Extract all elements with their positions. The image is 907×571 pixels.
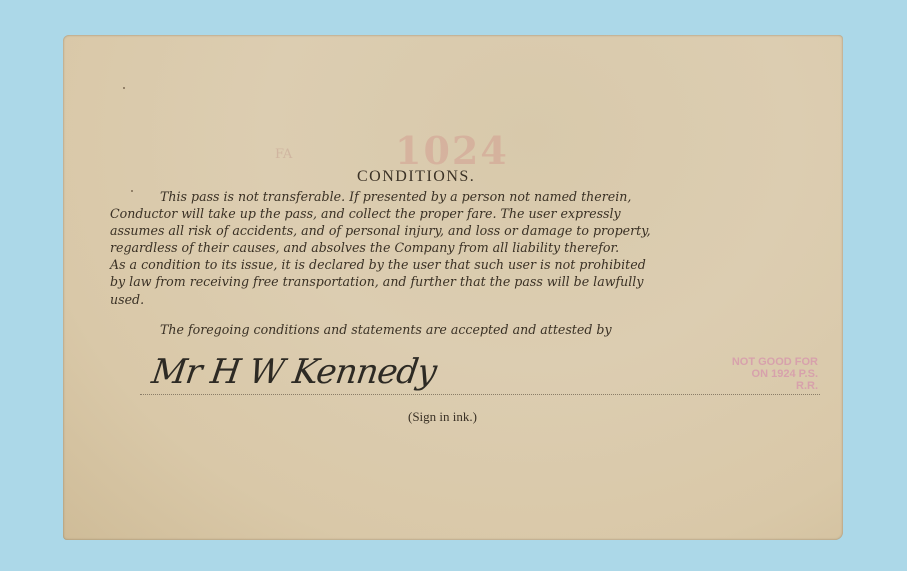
attestation-text: The foregoing conditions and statements …	[160, 322, 612, 337]
handwritten-signature: Mr H W Kennedy	[149, 352, 438, 392]
condition-line: regardless of their causes, and absolves…	[110, 239, 810, 256]
bleed-through-mark: FA	[275, 147, 292, 162]
condition-line: used.	[110, 291, 810, 308]
condition-line: assumes all risk of accidents, and of pe…	[110, 222, 810, 239]
paper-speck	[123, 87, 125, 89]
conditions-title: CONDITIONS.	[357, 168, 475, 186]
condition-line: This pass is not transferable. If presen…	[110, 188, 810, 205]
condition-line: by law from receiving free transportatio…	[110, 273, 810, 290]
conditions-text: This pass is not transferable. If presen…	[110, 188, 810, 308]
faded-stamp: NOT GOOD FOR ON 1924 P.S. R.R.	[658, 356, 818, 392]
sign-in-ink-note: (Sign in ink.)	[408, 409, 477, 425]
bleed-through-number: 1024	[395, 128, 509, 173]
signature-line	[140, 394, 820, 395]
condition-line: Conductor will take up the pass, and col…	[110, 205, 810, 222]
condition-line: As a condition to its issue, it is decla…	[110, 256, 810, 273]
